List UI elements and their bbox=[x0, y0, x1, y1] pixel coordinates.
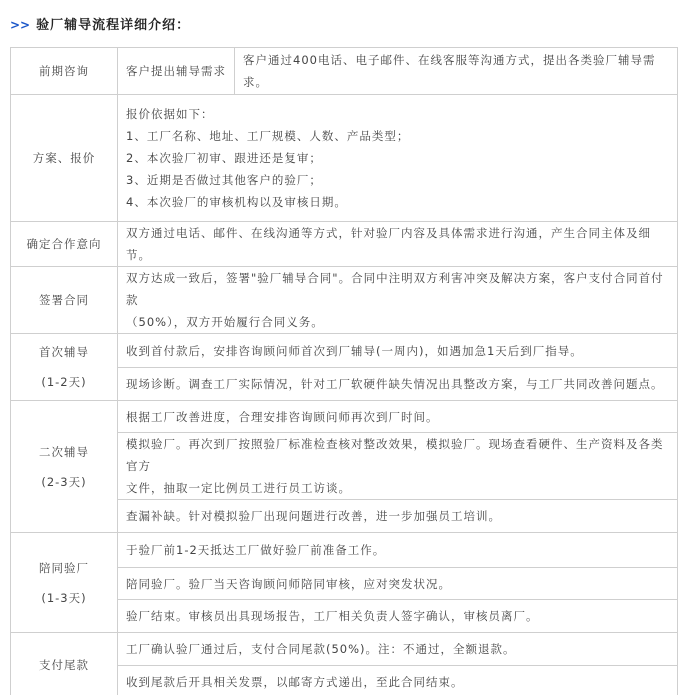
stage-duration: (1-2天) bbox=[19, 371, 109, 393]
desc-cell: 查漏补缺。针对模拟验厂出现问题进行改善，进一步加强员工培训。 bbox=[118, 500, 678, 533]
desc-cell: 收到尾款后开具相关发票，以邮寄方式递出，至此合同结束。 bbox=[118, 666, 678, 695]
desc-line: （50%），双方开始履行合同义务。 bbox=[126, 311, 669, 333]
table-row: 签署合同 双方达成一致后，签署"验厂辅导合同"。合同中注明双方利害冲突及解决方案… bbox=[11, 267, 678, 334]
section-heading: >>验厂辅导流程详细介绍： bbox=[10, 14, 190, 33]
heading-title: 验厂辅导流程详细介绍： bbox=[36, 18, 190, 33]
desc-cell: 现场诊断。调查工厂实际情况，针对工厂软硬件缺失情况出具整改方案，与工厂共同改善问… bbox=[118, 368, 678, 401]
desc-line: 文件，抽取一定比例员工进行员工访谈。 bbox=[126, 477, 669, 499]
stage-cell: 陪同验厂 (1-3天) bbox=[11, 533, 118, 633]
stage-duration: (2-3天) bbox=[19, 471, 109, 493]
process-table: 前期咨询 客户提出辅导需求 客户通过400电话、电子邮件、在线客服等沟通方式，提… bbox=[10, 47, 678, 695]
table-row: 方案、报价 报价依据如下： 1、工厂名称、地址、工厂规模、人数、产品类型； 2、… bbox=[11, 95, 678, 222]
desc-cell: 双方通过电话、邮件、在线沟通等方式，针对验厂内容及具体需求进行沟通，产生合同主体… bbox=[118, 222, 678, 267]
desc-line: 4、本次验厂的审核机构以及审核日期。 bbox=[126, 191, 669, 213]
desc-line: 模拟验厂。再次到厂按照验厂标准检查核对整改效果，模拟验厂。现场查看硬件、生产资料… bbox=[126, 433, 669, 477]
double-arrow-icon: >> bbox=[10, 18, 30, 32]
table-row: 前期咨询 客户提出辅导需求 客户通过400电话、电子邮件、在线客服等沟通方式，提… bbox=[11, 48, 678, 95]
desc-cell: 于验厂前1-2天抵达工厂做好验厂前准备工作。 bbox=[118, 533, 678, 568]
table-row: 确定合作意向 双方通过电话、邮件、在线沟通等方式，针对验厂内容及具体需求进行沟通… bbox=[11, 222, 678, 267]
stage-name: 二次辅导 bbox=[19, 441, 109, 463]
desc-line: 双方达成一致后，签署"验厂辅导合同"。合同中注明双方利害冲突及解决方案，客户支付… bbox=[126, 267, 669, 311]
table-row: 陪同验厂 (1-3天) 于验厂前1-2天抵达工厂做好验厂前准备工作。 bbox=[11, 533, 678, 568]
desc-cell: 双方达成一致后，签署"验厂辅导合同"。合同中注明双方利害冲突及解决方案，客户支付… bbox=[118, 267, 678, 334]
stage-cell: 支付尾款 bbox=[11, 633, 118, 695]
stage-cell: 前期咨询 bbox=[11, 48, 118, 95]
desc-line: 报价依据如下： bbox=[126, 103, 669, 125]
desc-cell: 验厂结束。审核员出具现场报告，工厂相关负责人签字确认，审核员离厂。 bbox=[118, 600, 678, 633]
desc-cell: 模拟验厂。再次到厂按照验厂标准检查核对整改效果，模拟验厂。现场查看硬件、生产资料… bbox=[118, 433, 678, 500]
sub-cell: 客户提出辅导需求 bbox=[118, 48, 235, 95]
table-row: 二次辅导 (2-3天) 根据工厂改善进度，合理安排咨询顾问师再次到厂时间。 bbox=[11, 401, 678, 433]
stage-cell: 二次辅导 (2-3天) bbox=[11, 401, 118, 533]
stage-name: 陪同验厂 bbox=[19, 557, 109, 579]
desc-cell: 报价依据如下： 1、工厂名称、地址、工厂规模、人数、产品类型； 2、本次验厂初审… bbox=[118, 95, 678, 222]
stage-name: 首次辅导 bbox=[19, 341, 109, 363]
desc-cell: 客户通过400电话、电子邮件、在线客服等沟通方式，提出各类验厂辅导需求。 bbox=[235, 48, 678, 95]
desc-cell: 收到首付款后，安排咨询顾问师首次到厂辅导(一周内)，如遇加急1天后到厂指导。 bbox=[118, 334, 678, 368]
table-row: 首次辅导 (1-2天) 收到首付款后，安排咨询顾问师首次到厂辅导(一周内)，如遇… bbox=[11, 334, 678, 368]
stage-duration: (1-3天) bbox=[19, 587, 109, 609]
desc-cell: 根据工厂改善进度，合理安排咨询顾问师再次到厂时间。 bbox=[118, 401, 678, 433]
desc-line: 2、本次验厂初审、跟进还是复审； bbox=[126, 147, 669, 169]
desc-cell: 工厂确认验厂通过后，支付合同尾款(50%)。注：不通过，全额退款。 bbox=[118, 633, 678, 666]
stage-cell: 签署合同 bbox=[11, 267, 118, 334]
desc-cell: 陪同验厂。验厂当天咨询顾问师陪同审核，应对突发状况。 bbox=[118, 568, 678, 600]
stage-cell: 首次辅导 (1-2天) bbox=[11, 334, 118, 401]
desc-line: 3、近期是否做过其他客户的验厂； bbox=[126, 169, 669, 191]
stage-cell: 确定合作意向 bbox=[11, 222, 118, 267]
desc-line: 1、工厂名称、地址、工厂规模、人数、产品类型； bbox=[126, 125, 669, 147]
stage-cell: 方案、报价 bbox=[11, 95, 118, 222]
table-row: 支付尾款 工厂确认验厂通过后，支付合同尾款(50%)。注：不通过，全额退款。 bbox=[11, 633, 678, 666]
